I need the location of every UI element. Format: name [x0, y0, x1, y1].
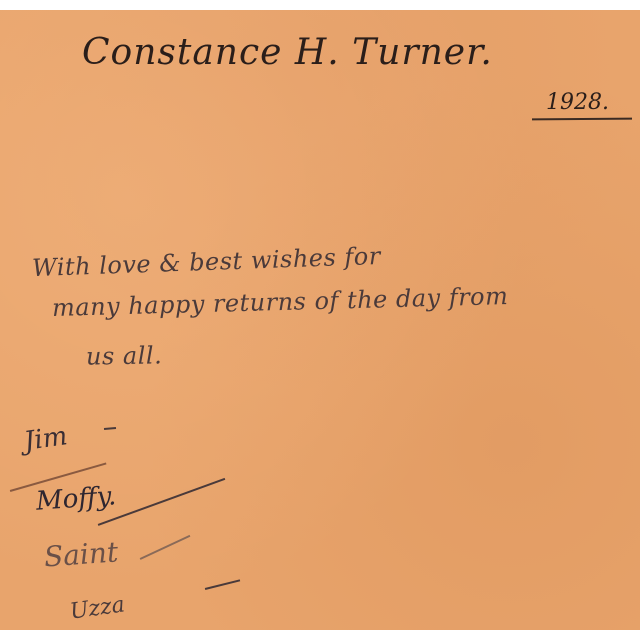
signature-dash — [104, 427, 116, 430]
message-line-3: us all. — [86, 341, 163, 370]
signature-dash — [205, 579, 240, 589]
year: 1928. — [546, 90, 609, 115]
message-line-2: many happy returns of the day from — [52, 282, 509, 322]
paper-sheet: Constance H. Turner. 1928. With love & b… — [0, 10, 640, 630]
year-underline — [532, 118, 632, 120]
message-line-1: With love & best wishes for — [32, 242, 382, 282]
signature-4: Uzza — [69, 592, 127, 624]
signature-1: Jim — [22, 421, 69, 457]
signature-underline — [98, 478, 225, 526]
signature-3: Saint — [43, 535, 119, 573]
signature-flourish — [140, 535, 190, 560]
recipient-name: Constance H. Turner. — [82, 32, 493, 73]
signature-2: Moffy. — [35, 481, 117, 517]
